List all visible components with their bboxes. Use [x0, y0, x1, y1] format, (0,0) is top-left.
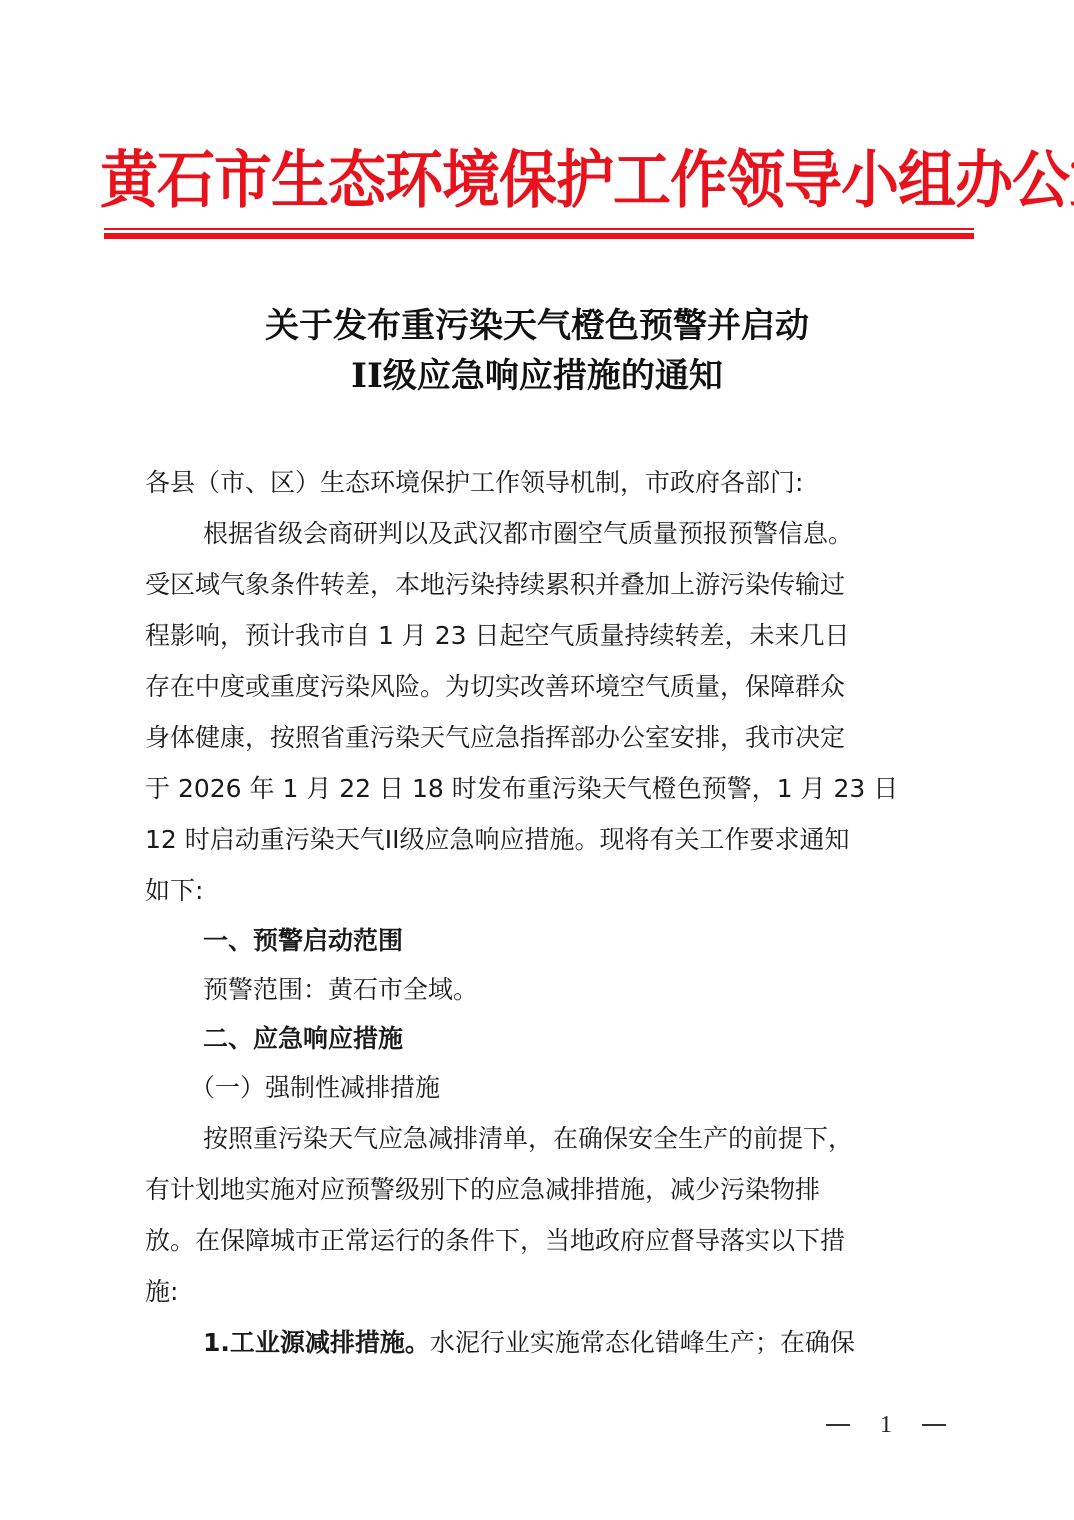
section2-paragraph-line: 按照重污染天气应急减排清单，在确保安全生产的前提下， [203, 1113, 943, 1164]
salutation: 各县（市、区）生态环境保护工作领导机制，市政府各部门: [145, 457, 945, 508]
document-title-line-1: 关于发布重污染天气橙色预警并启动 [0, 298, 1074, 354]
paragraph1-line: 于 2026 年 1 月 22 日 18 时发布重污染天气橙色预警，1 月 23… [145, 763, 945, 814]
measure-item-1: 1.工业源减排措施。水泥行业实施常态化错峰生产；在确保 [203, 1317, 943, 1368]
page-dash-right [922, 1424, 946, 1426]
section2-paragraph-line: 施: [145, 1266, 945, 1317]
section1-text: 预警范围：黄石市全域。 [203, 964, 943, 1015]
paragraph1-line: 受区域气象条件转差，本地污染持续累积并叠加上游污染传输过 [145, 559, 945, 610]
measure-item-1-title: 1.工业源减排措施。 [203, 1328, 430, 1357]
page-number-value: 1 [880, 1412, 892, 1439]
section2-paragraph-line: 有计划地实施对应预警级别下的应急减排措施，减少污染物排 [145, 1164, 945, 1215]
page-dash-left [826, 1424, 850, 1426]
paragraph1-line: 根据省级会商研判以及武汉都市圈空气质量预报预警信息。 [203, 508, 943, 559]
document-title-line-2: II级应急响应措施的通知 [0, 348, 1074, 404]
page-number: 1 [826, 1405, 946, 1445]
masthead-rule-thin [104, 228, 974, 230]
section2-paragraph-line: 放。在保障城市正常运行的条件下，当地政府应督导落实以下措 [145, 1215, 945, 1266]
section2-subheading: （一）强制性减排措施 [190, 1062, 990, 1113]
measure-item-1-text: 水泥行业实施常态化错峰生产；在确保 [430, 1328, 855, 1357]
paragraph1-line: 身体健康，按照省重污染天气应急指挥部办公室安排，我市决定 [145, 712, 945, 763]
paragraph1-line: 程影响，预计我市自 1 月 23 日起空气质量持续转差，未来几日 [145, 610, 945, 661]
paragraph1-line: 存在中度或重度污染风险。为切实改善环境空气质量，保障群众 [145, 661, 945, 712]
paragraph1-line: 12 时启动重污染天气II级应急响应措施。现将有关工作要求通知 [145, 814, 945, 865]
document-page: 黄石市生态环境保护工作领导小组办公室 关于发布重污染天气橙色预警并启动 II级应… [0, 0, 1074, 1520]
section2-heading: 二、应急响应措施 [203, 1013, 943, 1064]
section1-heading: 一、预警启动范围 [203, 915, 943, 966]
issuer-masthead: 黄石市生态环境保护工作领导小组办公室 [100, 137, 980, 223]
masthead-rule-thick [104, 233, 974, 239]
paragraph1-line: 如下: [145, 865, 945, 916]
